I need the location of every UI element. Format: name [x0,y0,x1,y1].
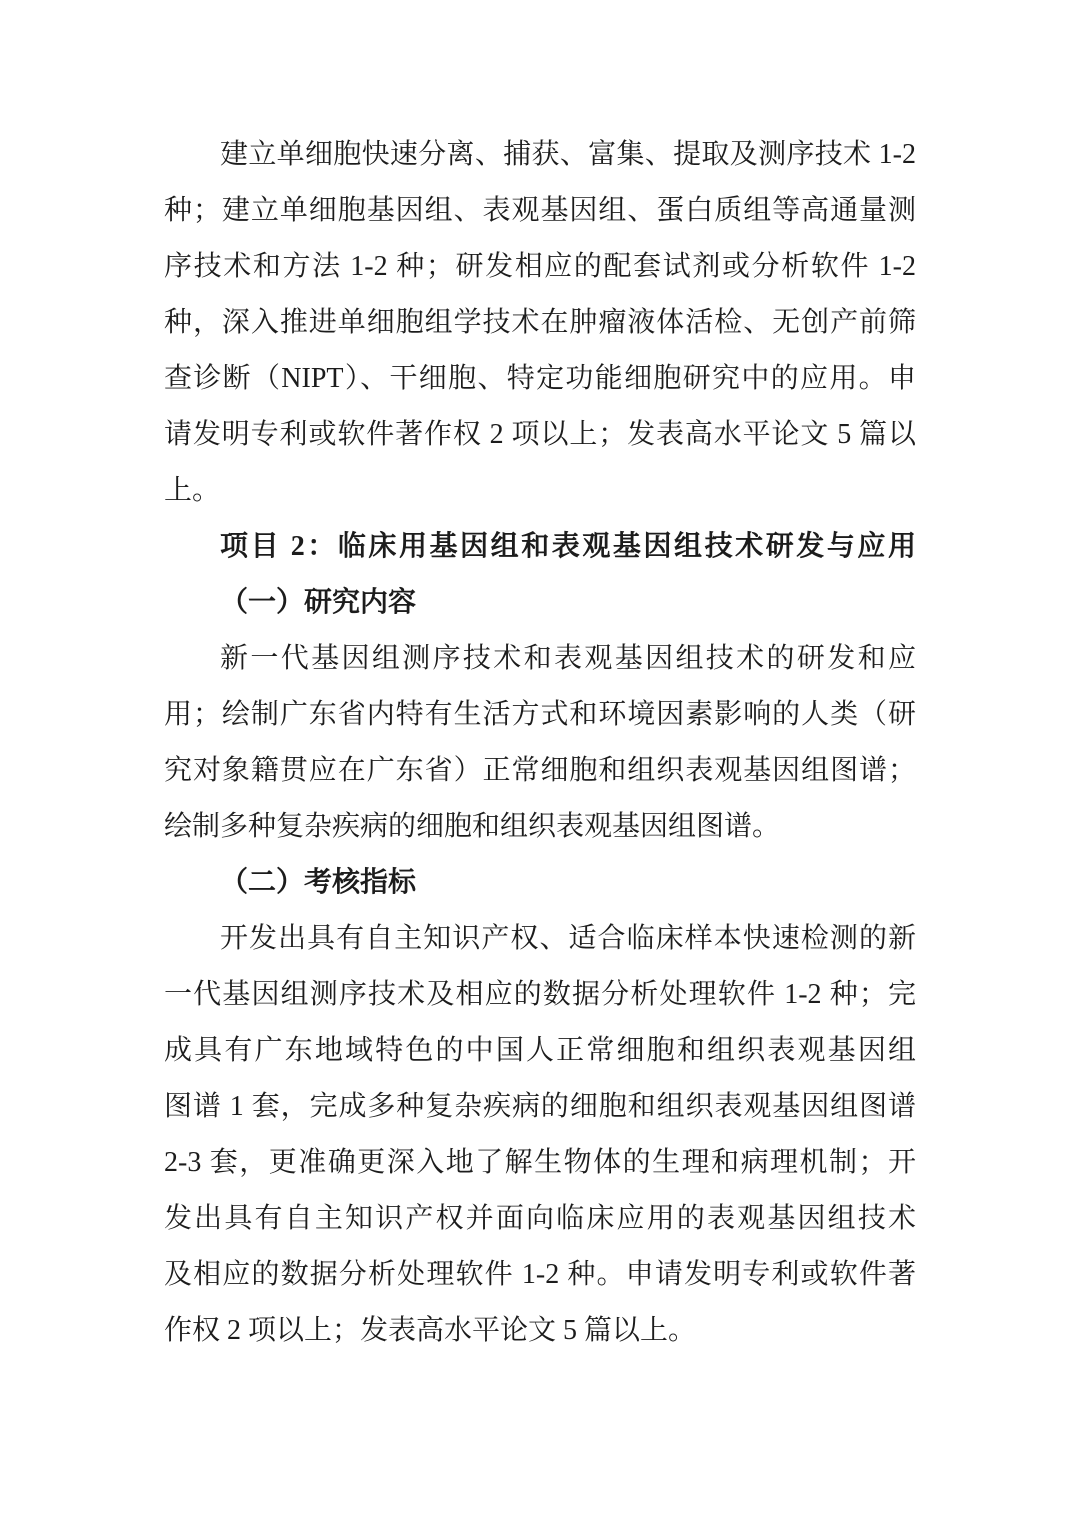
section1-heading: （一）研究内容 [164,575,916,631]
paragraph2-line: 新一代基因组测序技术和表观基因组技术的研发和应 [164,631,916,687]
paragraph3-line: 作权 2 项以上；发表高水平论文 5 篇以上。 [164,1303,916,1359]
paragraph3-line: 发出具有自主知识产权并面向临床应用的表观基因组技术 [164,1191,916,1247]
paragraph3-line: 开发出具有自主知识产权、适合临床样本快速检测的新 [164,911,916,967]
paragraph1-line: 种，深入推进单细胞组学技术在肿瘤液体活检、无创产前筛 [164,295,916,351]
paragraph2-line: 究对象籍贯应在广东省）正常细胞和组织表观基因组图谱； [164,743,916,799]
document-page: 建立单细胞快速分离、捕获、富集、提取及测序技术 1-2 种；建立单细胞基因组、表… [0,0,1080,1527]
paragraph2-line: 绘制多种复杂疾病的细胞和组织表观基因组图谱。 [164,799,916,855]
paragraph1-line: 种；建立单细胞基因组、表观基因组、蛋白质组等高通量测 [164,183,916,239]
section2-heading: （二）考核指标 [164,855,916,911]
paragraph1-line: 查诊断（NIPT）、干细胞、特定功能细胞研究中的应用。申 [164,351,916,407]
paragraph3-line: 一代基因组测序技术及相应的数据分析处理软件 1-2 种；完 [164,967,916,1023]
paragraph1-line: 请发明专利或软件著作权 2 项以上；发表高水平论文 5 篇以 [164,407,916,463]
document-text-block: 建立单细胞快速分离、捕获、富集、提取及测序技术 1-2 种；建立单细胞基因组、表… [164,127,916,1359]
paragraph3-line: 及相应的数据分析处理软件 1-2 种。申请发明专利或软件著 [164,1247,916,1303]
paragraph1-line: 建立单细胞快速分离、捕获、富集、提取及测序技术 1-2 [164,127,916,183]
paragraph3-line: 图谱 1 套，完成多种复杂疾病的细胞和组织表观基因组图谱 [164,1079,916,1135]
paragraph3-line: 成具有广东地域特色的中国人正常细胞和组织表观基因组 [164,1023,916,1079]
paragraph1-line: 上。 [164,463,916,519]
paragraph2-line: 用；绘制广东省内特有生活方式和环境因素影响的人类（研 [164,687,916,743]
project2-heading: 项目 2：临床用基因组和表观基因组技术研发与应用 [164,519,916,575]
paragraph1-line: 序技术和方法 1-2 种；研发相应的配套试剂或分析软件 1-2 [164,239,916,295]
paragraph3-line: 2-3 套，更准确更深入地了解生物体的生理和病理机制；开 [164,1135,916,1191]
